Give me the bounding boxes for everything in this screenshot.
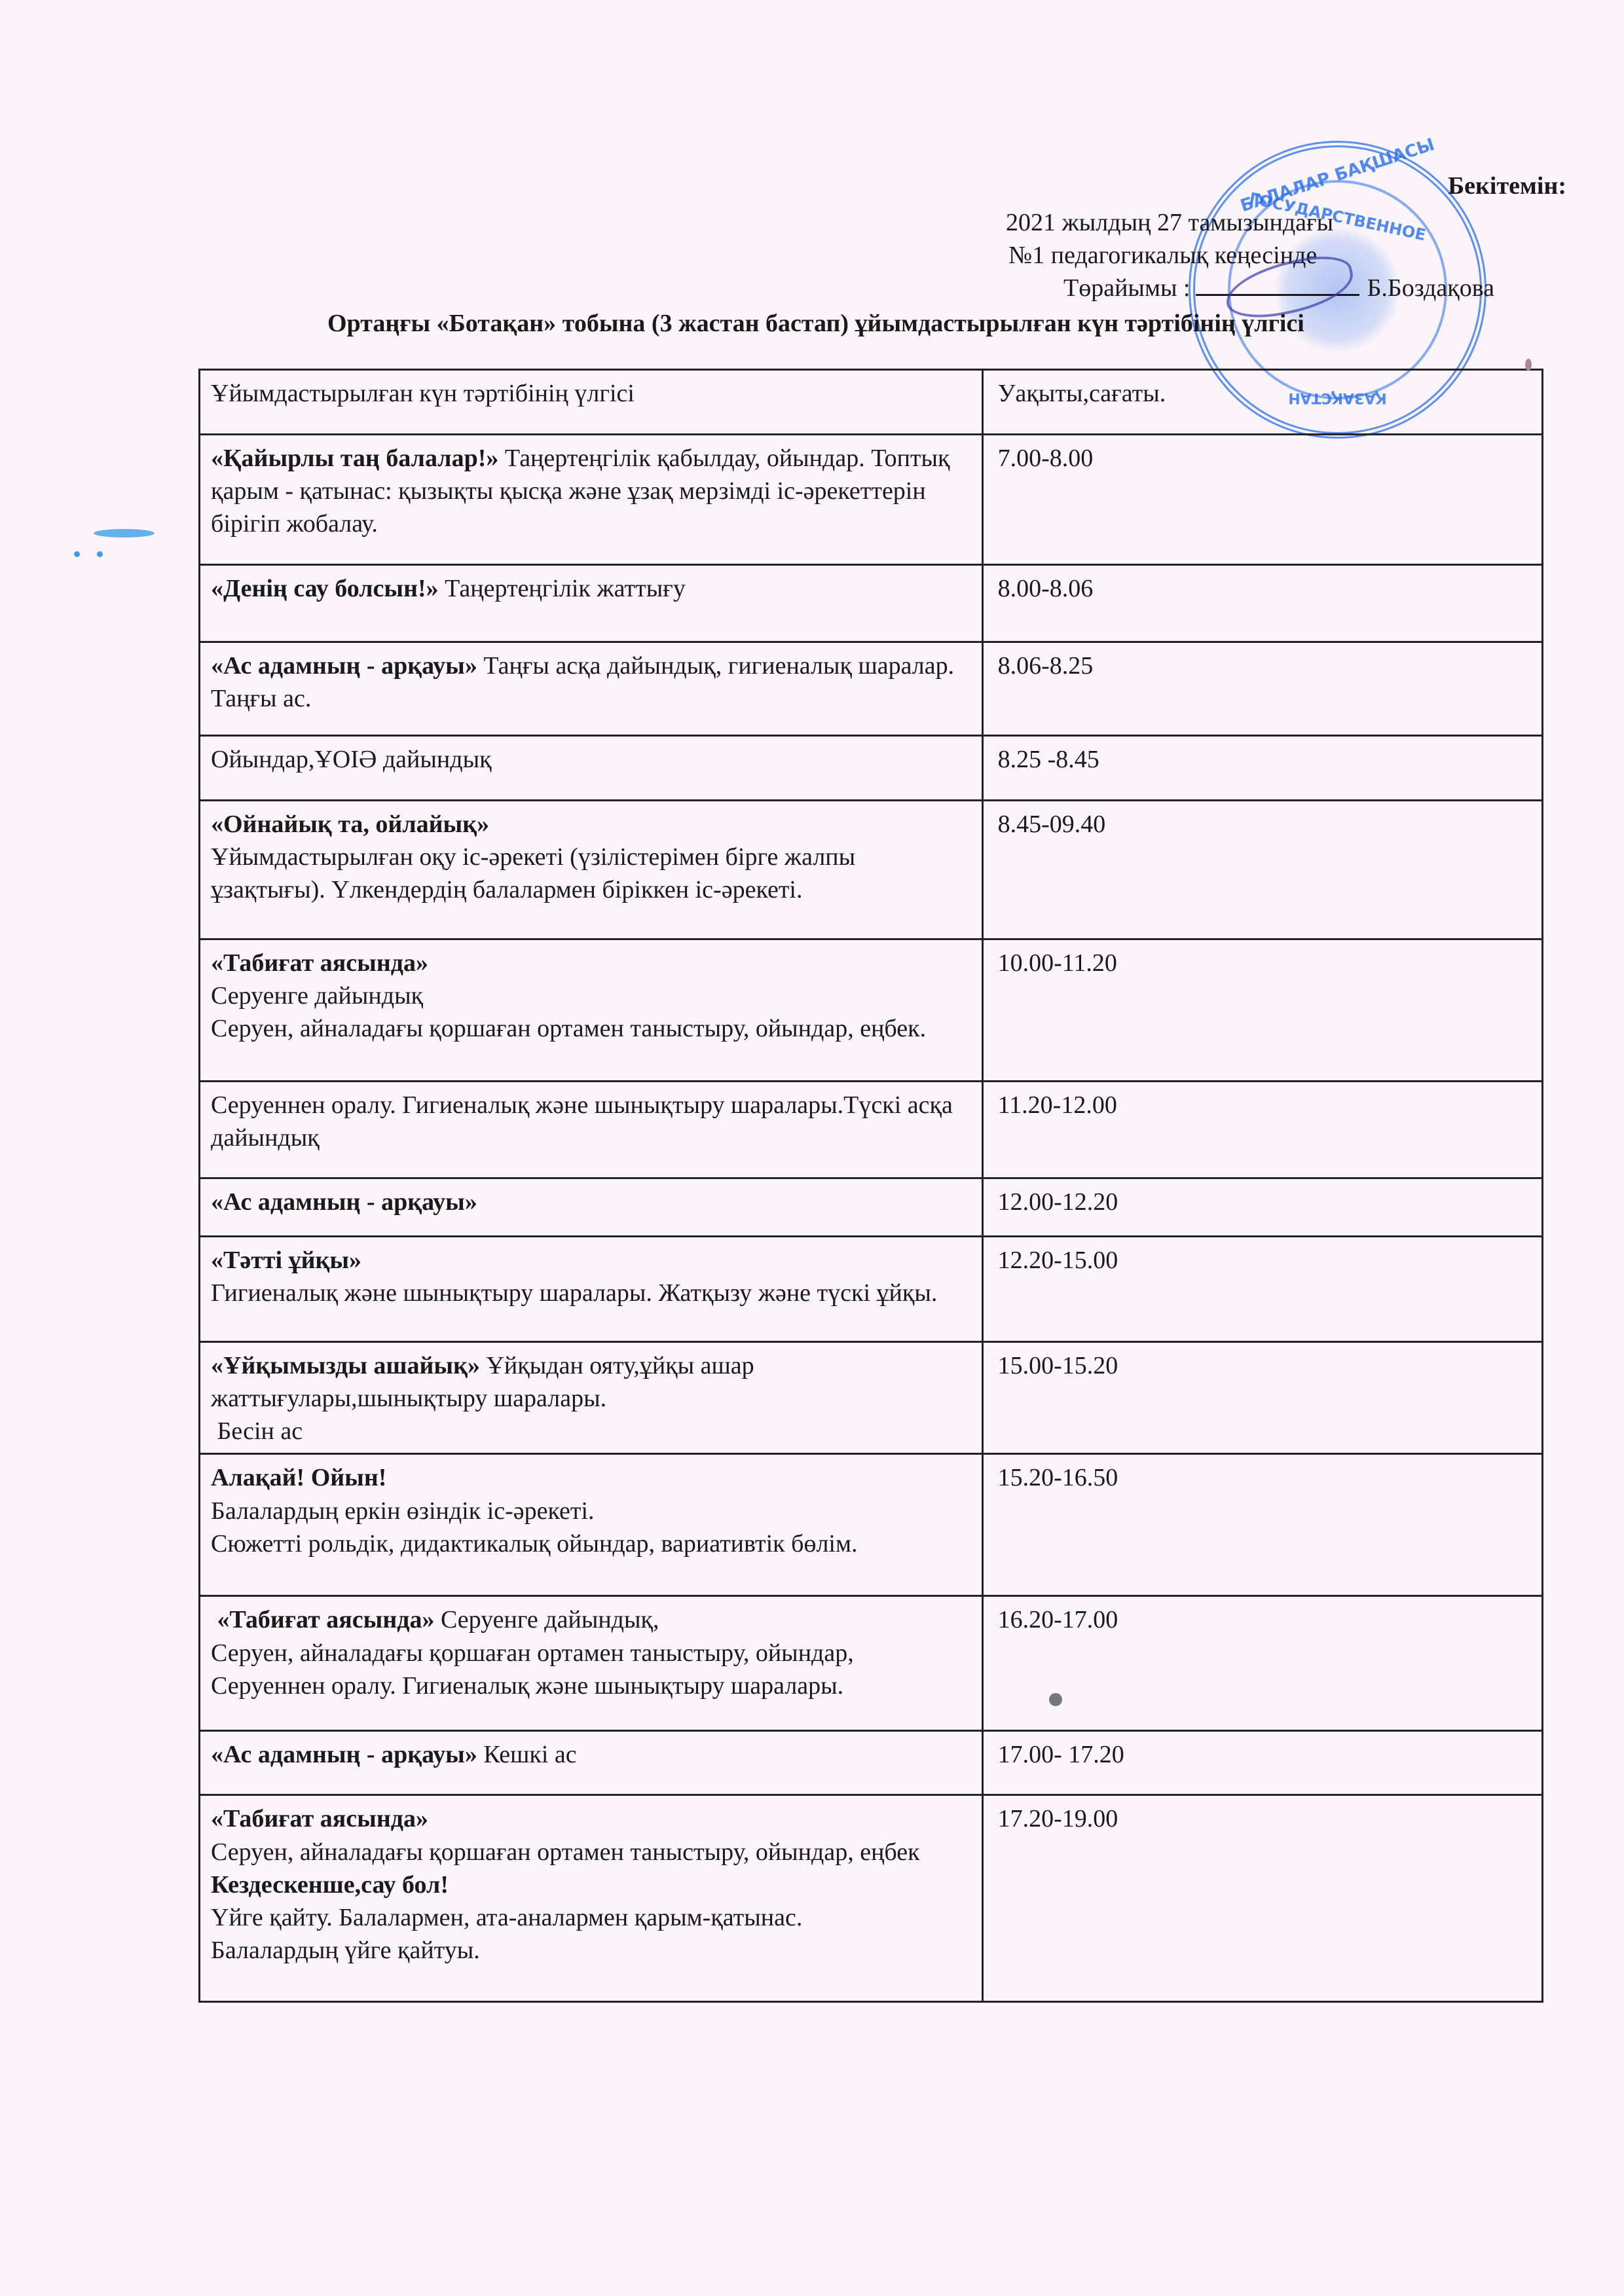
- table-row: «Ұйқымызды ашайық» Ұйқыдан ояту,ұйқы аша…: [200, 1342, 1543, 1454]
- activity-title: Алақай! Ойын!: [211, 1461, 974, 1494]
- activity-cell: «Ас адамның - арқауы» Таңғы асқа дайынды…: [200, 642, 983, 736]
- activity-title: «Ас адамның - арқауы»: [211, 652, 477, 680]
- activity-text: Ойындар,ҰОІӘ дайындық: [211, 746, 492, 773]
- activity-title: «Ас адамның - арқауы»: [211, 1741, 477, 1768]
- table-row: «Тәтті ұйқы» Гигиеналық және шынықтыру ш…: [200, 1237, 1543, 1342]
- activity-text: Сюжетті рольдік, дидактикалық ойындар, в…: [211, 1527, 974, 1560]
- time-cell: 8.00-8.06: [982, 565, 1542, 642]
- activity-text: Үйге қайту. Балалармен, ата-аналармен қа…: [211, 1901, 974, 1934]
- activity-cell: «Тәтті ұйқы» Гигиеналық және шынықтыру ш…: [200, 1237, 983, 1342]
- activity-cell: «Табиғат аясында» Серуенге дайындық Серу…: [200, 939, 983, 1082]
- activity-title: «Ойнайық та, ойлайық»: [211, 808, 974, 841]
- time-cell: 7.00-8.00: [982, 435, 1542, 565]
- activity-cell: «Ас адамның - арқауы»: [200, 1178, 983, 1237]
- approval-title: Бекітемін:: [1448, 172, 1566, 200]
- activity-title: «Қайырлы таң балалар!»: [211, 445, 498, 472]
- activity-text: Серуен, айналадағы қоршаған ортамен таны…: [211, 1012, 974, 1045]
- activity-cell: Серуеннен оралу. Гигиеналық және шынықты…: [200, 1082, 983, 1178]
- ink-dot: [97, 551, 103, 557]
- activity-title: «Табиғат аясында»: [211, 1802, 974, 1835]
- ink-smudge: [94, 529, 155, 538]
- approval-date: 2021 жылдың 27 тамызындағы: [1006, 208, 1333, 237]
- time-cell: 12.00-12.20: [982, 1178, 1542, 1237]
- activity-cell: Алақай! Ойын! Балалардың еркін өзіндік і…: [200, 1454, 983, 1596]
- approval-block: БАЛАЛАР БАҚШАСЫ ГОСУДАРСТВЕННОЕ ҚАЗАҚСТА…: [0, 0, 1624, 340]
- activity-cell: «Ас адамның - арқауы» Кешкі ас: [200, 1731, 983, 1795]
- schedule-table: Ұйымдастырылған күн тәртібінің үлгісі Уа…: [198, 369, 1543, 2003]
- table-row: «Қайырлы таң балалар!» Таңертеңгілік қаб…: [200, 435, 1543, 565]
- header-time: Уақыты,сағаты.: [982, 370, 1542, 435]
- activity-text: Балалардың үйге қайтуы.: [211, 1934, 974, 1967]
- activity-title: «Ас адамның - арқауы»: [211, 1188, 477, 1216]
- header-activity: Ұйымдастырылған күн тәртібінің үлгісі: [200, 370, 983, 435]
- activity-cell: «Табиғат аясында» Серуенге дайындық, Сер…: [200, 1596, 983, 1731]
- activity-cell: «Табиғат аясында» Серуен, айналадағы қор…: [200, 1795, 983, 2002]
- activity-title: «Денің сау болсын!»: [211, 575, 439, 602]
- activity-text: Серуен, айналадағы қоршаған ортамен таны…: [211, 1637, 974, 1702]
- time-cell: 17.00- 17.20: [982, 1731, 1542, 1795]
- activity-title: «Ұйқымызды ашайық»: [211, 1352, 480, 1379]
- table-row: Серуеннен оралу. Гигиеналық және шынықты…: [200, 1082, 1543, 1178]
- table-row: «Ас адамның - арқауы» 12.00-12.20: [200, 1178, 1543, 1237]
- time-cell: 8.45-09.40: [982, 801, 1542, 939]
- table-row: «Ас адамның - арқауы» Таңғы асқа дайынды…: [200, 642, 1543, 736]
- activity-text: Серуеннен оралу. Гигиеналық және шынықты…: [211, 1091, 953, 1152]
- ink-speck: [1049, 1693, 1062, 1706]
- activity-text: Серуенге дайындық: [211, 979, 974, 1012]
- activity-extra: Бесін ас: [211, 1415, 974, 1448]
- activity-cell: «Қайырлы таң балалар!» Таңертеңгілік қаб…: [200, 435, 983, 565]
- table-header-row: Ұйымдастырылған күн тәртібінің үлгісі Уа…: [200, 370, 1543, 435]
- activity-text: Ұйымдастырылған оқу іс-әрекеті (үзілісте…: [211, 841, 974, 906]
- time-cell: 8.25 -8.45: [982, 736, 1542, 801]
- chair-label: Төрайымы :: [1063, 274, 1190, 302]
- approval-council: №1 педагогикалық кеңесінде: [1008, 241, 1317, 270]
- activity-text: Таңертеңгілік жаттығу: [439, 575, 686, 602]
- activity-title: «Табиғат аясында»: [211, 1606, 434, 1633]
- activity-subtitle: Кездескенше,сау бол!: [211, 1868, 974, 1901]
- table-row: Ойындар,ҰОІӘ дайындық 8.25 -8.45: [200, 736, 1543, 801]
- table-row: «Табиғат аясында» Серуен, айналадағы қор…: [200, 1795, 1543, 2002]
- activity-cell: Ойындар,ҰОІӘ дайындық: [200, 736, 983, 801]
- activity-title: «Табиғат аясында»: [211, 947, 974, 979]
- activity-cell: «Ойнайық та, ойлайық» Ұйымдастырылған оқ…: [200, 801, 983, 939]
- time-cell: 15.00-15.20: [982, 1342, 1542, 1454]
- time-cell: 11.20-12.00: [982, 1082, 1542, 1178]
- document-title: Ортаңғы «Ботақан» тобына (3 жастан баста…: [327, 309, 1304, 338]
- ink-dot: [74, 551, 80, 557]
- activity-cell: «Ұйқымызды ашайық» Ұйқыдан ояту,ұйқы аша…: [200, 1342, 983, 1454]
- activity-text: Серуен, айналадағы қоршаған ортамен таны…: [211, 1836, 974, 1868]
- table-row: «Ойнайық та, ойлайық» Ұйымдастырылған оқ…: [200, 801, 1543, 939]
- chair-name: Б.Боздақова: [1367, 274, 1494, 302]
- activity-text: Серуенге дайындық,: [434, 1606, 659, 1633]
- table-row: «Табиғат аясында» Серуенге дайындық Серу…: [200, 939, 1543, 1082]
- time-cell: 16.20-17.00: [982, 1596, 1542, 1731]
- activity-text: Кешкі ас: [477, 1741, 577, 1768]
- time-cell: 10.00-11.20: [982, 939, 1542, 1082]
- table-row: Алақай! Ойын! Балалардың еркін өзіндік і…: [200, 1454, 1543, 1596]
- time-cell: 15.20-16.50: [982, 1454, 1542, 1596]
- time-cell: 17.20-19.00: [982, 1795, 1542, 2002]
- activity-title: «Тәтті ұйқы»: [211, 1244, 974, 1277]
- activity-cell: «Денің сау болсын!» Таңертеңгілік жаттығ…: [200, 565, 983, 642]
- table-row: «Ас адамның - арқауы» Кешкі ас 17.00- 17…: [200, 1731, 1543, 1795]
- activity-text: Балалардың еркін өзіндік іс-әрекеті.: [211, 1495, 974, 1527]
- time-cell: 8.06-8.25: [982, 642, 1542, 736]
- table-row: «Денің сау болсын!» Таңертеңгілік жаттығ…: [200, 565, 1543, 642]
- table-row: «Табиғат аясында» Серуенге дайындық, Сер…: [200, 1596, 1543, 1731]
- activity-text: Гигиеналық және шынықтыру шаралары. Жатқ…: [211, 1277, 974, 1309]
- ink-speck: [1525, 359, 1532, 371]
- time-cell: 12.20-15.00: [982, 1237, 1542, 1342]
